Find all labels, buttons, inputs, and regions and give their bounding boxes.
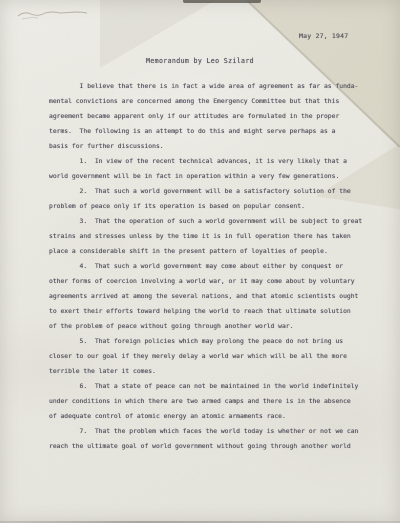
scan-vignette (0, 0, 400, 523)
scanned-document-page: May 27, 1947 Memorandum by Leo Szilard I… (0, 0, 400, 523)
